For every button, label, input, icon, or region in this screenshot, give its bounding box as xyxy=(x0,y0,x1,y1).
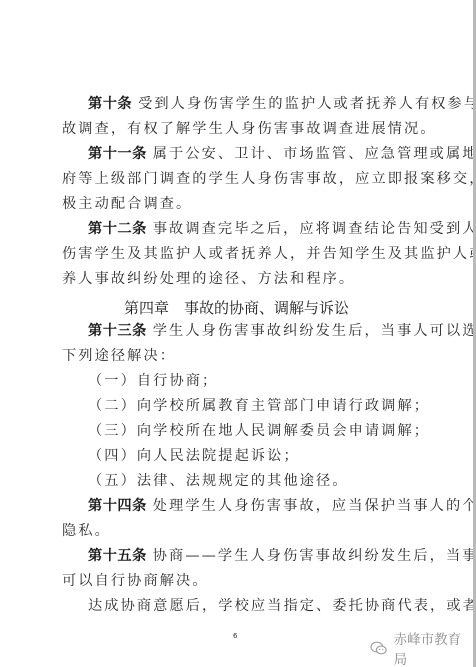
article-label: 第十四条 xyxy=(88,498,147,514)
article-14-line-2: 隐私。 xyxy=(62,522,422,540)
article-14-line-1: 第十四条处理学生人身伤害事故，应当保护当事人的个人 xyxy=(88,497,448,515)
article-label: 第十二条 xyxy=(88,221,147,237)
article-12-line-3: 养人事故纠纷处理的途径、方法和程序。 xyxy=(62,270,422,288)
article-11-line-2: 府等上级部门调查的学生人身伤害事故，应立即报案移交，并积 xyxy=(62,170,422,188)
article-12-line-2: 伤害学生及其监护人或者抚养人，并告知学生及其监护人或者抚 xyxy=(62,245,422,263)
article-10-line-1: 第十条受到人身伤害学生的监护人或者抚养人有权参与事 xyxy=(88,95,448,113)
article-15-continuation: 达成协商意愿后，学校应当指定、委托协商代表，或者由法 xyxy=(88,597,448,615)
article-10-line-2: 故调查，有权了解学生人身伤害事故调查进展情况。 xyxy=(62,120,422,138)
article-label: 第十一条 xyxy=(88,146,147,162)
article-11-line-1: 第十一条属于公安、卫计、市场监管、应急管理或属地政 xyxy=(88,145,448,163)
article-12-line-1: 第十二条事故调查完毕之后，应将调查结论告知受到人身 xyxy=(88,220,448,238)
article-label: 第十条 xyxy=(88,96,132,112)
article-13-line-2: 下列途径解决： xyxy=(62,347,422,365)
option-1: （一）自行协商； xyxy=(88,372,448,390)
article-label: 第十三条 xyxy=(88,323,147,339)
page-number: 6 xyxy=(233,632,237,640)
watermark: 赤峰市教育局 xyxy=(370,638,473,658)
article-label: 第十五条 xyxy=(88,548,147,564)
article-15-line-1: 第十五条协商——学生人身伤害事故纠纷发生后，当事人 xyxy=(88,547,448,565)
option-2: （二）向学校所属教育主管部门申请行政调解； xyxy=(88,397,448,415)
wechat-icon xyxy=(370,640,388,656)
article-11-line-3: 极主动配合调查。 xyxy=(62,195,422,213)
chapter-heading: 第四章 事故的协商、调解与诉讼 xyxy=(0,298,473,318)
document-page: 第十条受到人身伤害学生的监护人或者抚养人有权参与事 故调查，有权了解学生人身伤害… xyxy=(0,0,473,667)
watermark-text: 赤峰市教育局 xyxy=(394,628,473,667)
option-4: （四）向人民法院提起诉讼； xyxy=(88,447,448,465)
option-5: （五）法律、法规规定的其他途径。 xyxy=(88,472,448,490)
article-13-line-1: 第十三条学生人身伤害事故纠纷发生后，当事人可以选择 xyxy=(88,322,448,340)
article-15-line-2: 可以自行协商解决。 xyxy=(62,572,422,590)
option-3: （三）向学校所在地人民调解委员会申请调解； xyxy=(88,422,448,440)
